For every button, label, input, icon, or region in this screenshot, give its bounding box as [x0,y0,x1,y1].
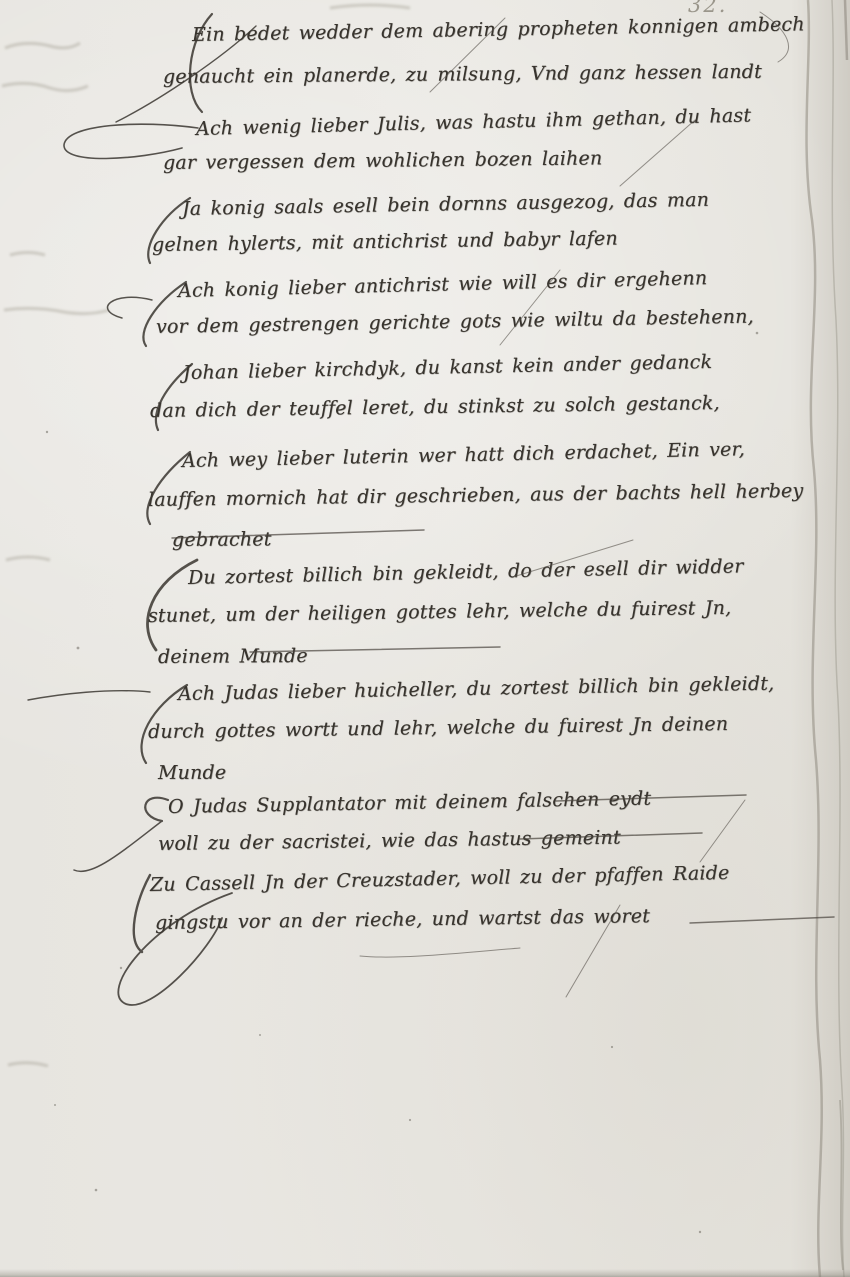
manuscript-line: genaucht ein planerde, zu milsung, Vnd g… [163,59,762,90]
manuscript-line: Ja konig saals esell bein dornns ausgezo… [182,187,710,222]
manuscript-line: stunet, um der heiligen gottes lehr, wel… [148,595,732,629]
manuscript-line: Ach wey lieber luterin wer hatt dich erd… [182,436,745,474]
manuscript-line: vor dem gestrengen gerichte gots wie wil… [156,304,754,340]
manuscript-line: deinem Munde [158,643,308,670]
manuscript-line: gebrachet [172,526,272,553]
manuscript-line: gingstu vor an der rieche, und wartst da… [155,903,650,936]
manuscript-line: Ach Judas lieber huicheller, du zortest … [178,671,775,707]
page-edge-right [807,0,847,1277]
manuscript-line: lauffen mornich hat dir geschrieben, aus… [148,478,804,513]
manuscript-line: Ein bedet wedder dem abering propheten k… [192,11,805,48]
manuscript-line: Ach konig lieber antichrist wie will es … [178,265,708,304]
manuscript-line: O Judas Supplantator mit deinem falschen… [168,786,652,820]
manuscript-line: Du zortest billich bin gekleidt, do der … [188,553,744,591]
manuscript-line: gelnen hylerts, mit antichrist und babyr… [152,225,618,258]
manuscript-line: Johan lieber kirchdyk, du kanst kein and… [183,349,713,386]
manuscript-line: Zu Cassell Jn der Creuzstader, woll zu d… [150,860,730,898]
manuscript-line: dan dich der teuffel leret, du stinkst z… [150,390,720,424]
manuscript-line: gar vergessen dem wohlichen bozen laihen [163,145,603,176]
manuscript-line: durch gottes wortt und lehr, welche du f… [148,711,729,745]
manuscript-line: Munde [158,760,226,786]
manuscript-page: 32. Ein bedet wedder dem abering prophet… [0,0,850,1277]
manuscript-line: Ach wenig lieber Julis, was hastu ihm ge… [196,102,752,142]
manuscript-line: woll zu der sacristei, wie das hastus ge… [158,825,621,857]
